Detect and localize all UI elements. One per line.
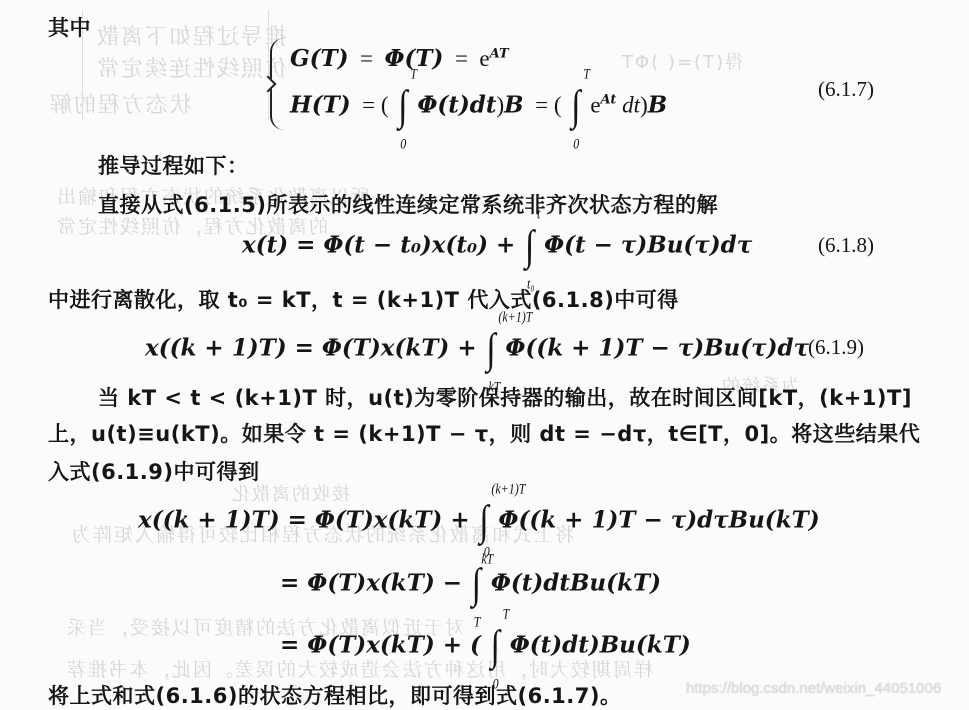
paragraph-2: 中进行离散化，取 t₀ = kT，t = (k+1)T 代入式(6.1.8)中可…: [48, 284, 679, 314]
conclusion: 将上式和式(6.1.6)的状态方程相比，即可得到式(6.1.7)。: [48, 680, 621, 710]
bleed-through-text: 得(T)=( )ΦT: [620, 48, 743, 74]
paragraph-1: 直接从式(6.1.5)所表示的线性连续定常系统非齐次状态方程的解: [98, 189, 718, 219]
equation-6-1-7-line2: H(T) = ( ∫T0 Φ(t)dt)B = ( ∫T0 eAt dt)B: [290, 90, 667, 124]
bleed-through-text: 仿照线性连续定常: [95, 52, 287, 83]
equation-final-line-2: = Φ(T)x(kT) − ∫0T Φ(t)dtBu(kT): [280, 568, 661, 602]
integral-sign: ∫(k+1)TkT: [486, 329, 495, 372]
integral-sign: ∫(k+1)TkT: [479, 501, 488, 544]
equation-brace: [270, 38, 290, 130]
watermark-url: https://blog.csdn.net/weixin_44051006: [686, 680, 941, 697]
bleed-through-text: 推导过程如下离散: [95, 20, 287, 51]
equation-6-1-9: x((k + 1)T) = Φ(T)x(kT) + ∫(k+1)TkT Φ((k…: [145, 333, 809, 367]
equation-6-1-8: x(t) = Φ(t − t₀)x(t₀) + ∫tt₀ Φ(t − τ)Bu(…: [242, 230, 752, 264]
integral-sign: ∫T0: [491, 626, 500, 669]
paragraph-3-line-1: 当 kT < t < (k+1)T 时，u(t)为零阶保持器的输出，故在时间区间…: [98, 382, 912, 412]
integral-sign: ∫tt₀: [525, 226, 534, 269]
integral-sign: ∫T0: [571, 86, 580, 129]
paragraph-3-line-3: 入式(6.1.9)中可得到: [48, 456, 260, 486]
equation-number-6-1-7: (6.1.7): [818, 77, 874, 102]
equation-number-6-1-8: (6.1.8): [818, 233, 874, 258]
bleed-through-text: 状态方程的解: [48, 88, 192, 119]
integral-sign: ∫0T: [472, 564, 481, 607]
derivation-heading: 推导过程如下：: [98, 150, 249, 180]
bleed-through-rule: [268, 10, 269, 120]
equation-6-1-7-line1: G(T) = Φ(T) = eAT: [290, 45, 509, 72]
equation-final-line-3: = Φ(T)x(kT) + ( ∫T0 Φ(t)dt)Bu(kT): [280, 630, 691, 664]
equation-number-6-1-9: (6.1.9): [808, 335, 864, 360]
paragraph-3-line-2: 上，u(t)≡u(kT)。如果令 t = (k+1)T − τ，则 dt = −…: [48, 418, 920, 448]
intro-label: 其中: [48, 12, 91, 42]
equation-final-line-1: x((k + 1)T) = Φ(T)x(kT) + ∫(k+1)TkT Φ((k…: [138, 505, 820, 539]
integral-sign: ∫T0: [398, 86, 407, 129]
